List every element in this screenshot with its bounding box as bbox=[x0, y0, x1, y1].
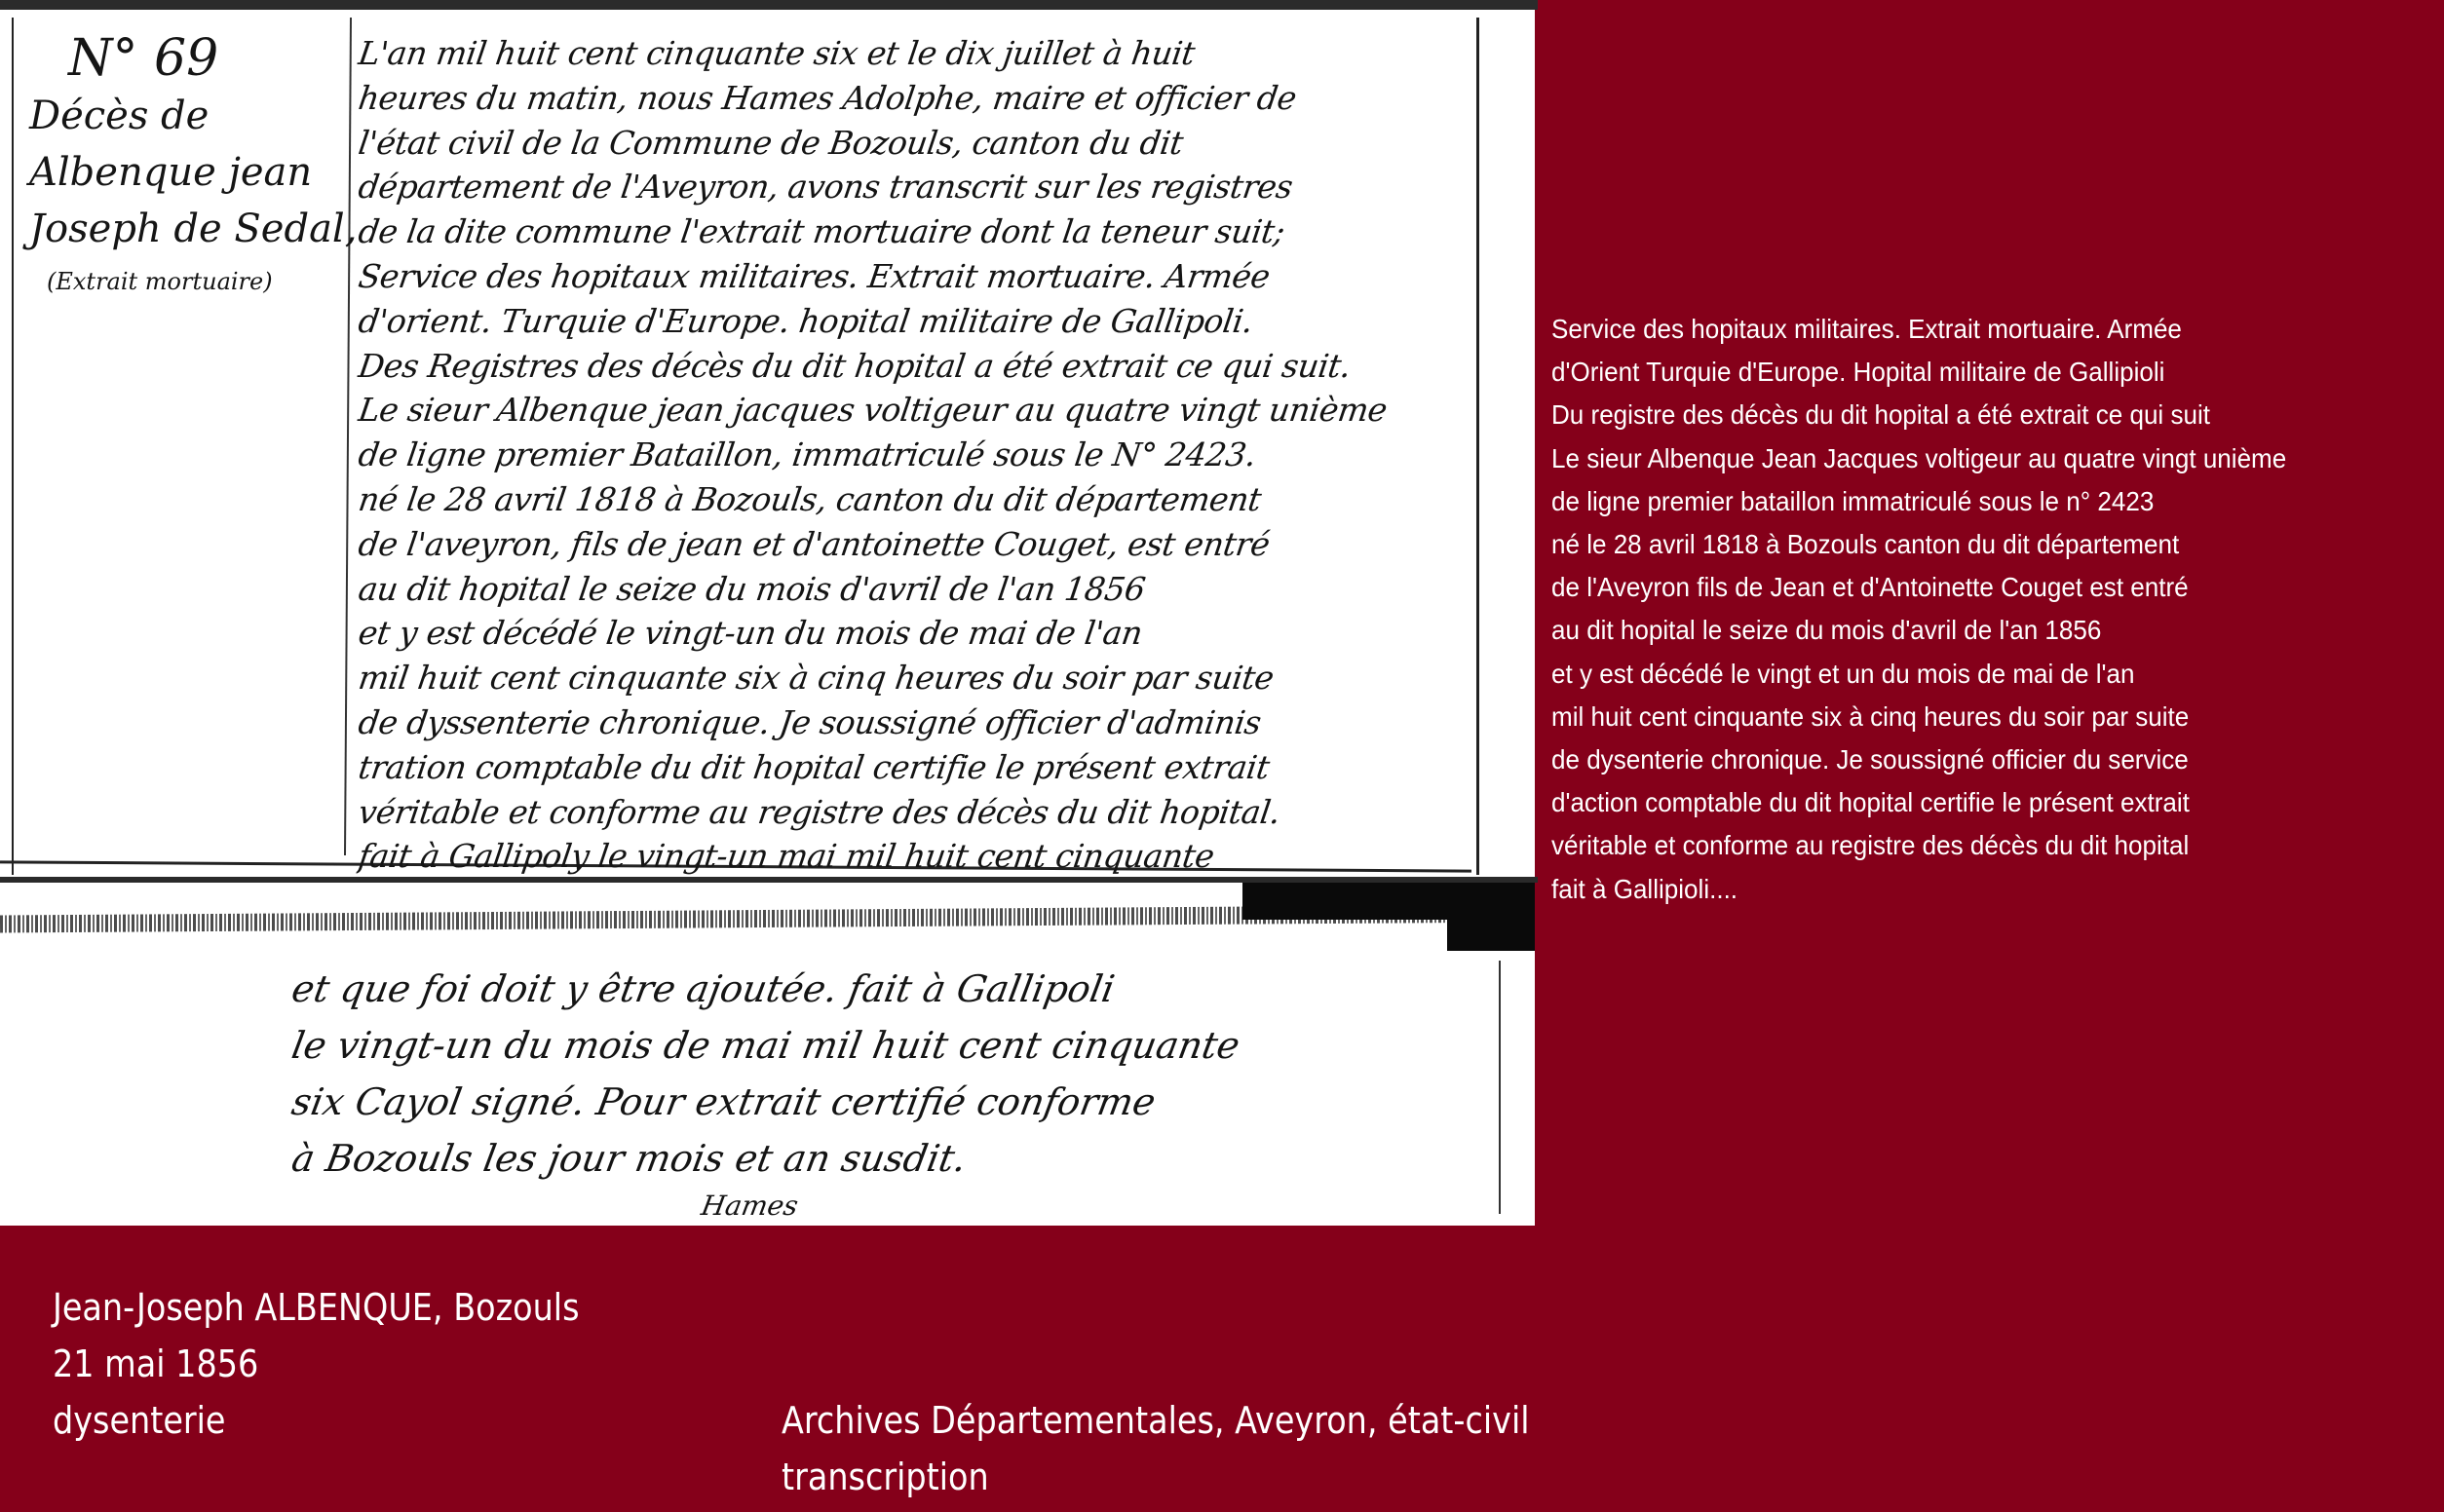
transcription-line: Le sieur Albenque Jean Jacques voltigeur… bbox=[1551, 437, 2367, 480]
handwritten-line: et y est décédé le vingt-un du mois de m… bbox=[356, 611, 1472, 656]
handwritten-line: Le sieur Albenque jean jacques voltigeur… bbox=[356, 388, 1472, 433]
handwritten-line: mil huit cent cinquante six à cinq heure… bbox=[356, 656, 1472, 700]
source-line: Archives Départementales, Aveyron, état-… bbox=[782, 1392, 1530, 1449]
url-strip bbox=[0, 0, 1538, 10]
caption-source: Archives Départementales, Aveyron, état-… bbox=[782, 1392, 1530, 1505]
transcription-line: véritable et conforme au registre des dé… bbox=[1551, 824, 2367, 867]
margin-parenthetical: (Extrait mortuaire) bbox=[47, 257, 341, 306]
transcription-text: Service des hopitaux militaires. Extrait… bbox=[1551, 308, 2367, 911]
handwritten-continuation: et que foi doit y être ajoutée. fait à G… bbox=[292, 961, 1462, 1226]
handwritten-line: de ligne premier Bataillon, immatriculé … bbox=[356, 433, 1472, 477]
transcription-line: de ligne premier bataillon immatriculé s… bbox=[1551, 480, 2367, 523]
transcription-line: fait à Gallipioli.... bbox=[1551, 868, 2367, 911]
handwritten-line: Des Registres des décès du dit hopital a… bbox=[356, 344, 1472, 389]
person-name-place: Jean-Joseph ALBENQUE, Bozouls bbox=[53, 1279, 580, 1336]
scan-image-top: N° 69 Décès de Albenque jean Joseph de S… bbox=[0, 10, 1535, 877]
handwritten-line: à Bozouls les jour mois et an susdit. bbox=[287, 1130, 1467, 1187]
handwritten-line: et que foi doit y être ajoutée. fait à G… bbox=[287, 961, 1467, 1017]
transcription-line: Du registre des décès du dit hopital a é… bbox=[1551, 394, 2367, 436]
signature: Hames bbox=[698, 1187, 1465, 1226]
scan-artifact bbox=[1447, 883, 1535, 951]
handwritten-line: tration comptable du dit hopital certifi… bbox=[356, 745, 1472, 790]
margin-line: Joseph de Sedal, bbox=[29, 201, 341, 257]
transcription-line: au dit hopital le seize du mois d'avril … bbox=[1551, 609, 2367, 652]
handwritten-line: le vingt-un du mois de mai mil huit cent… bbox=[287, 1017, 1467, 1074]
source-note: transcription bbox=[782, 1449, 1530, 1505]
margin-line: Décès de bbox=[29, 88, 341, 144]
act-number: N° 69 bbox=[68, 29, 341, 88]
scan-image-bottom: et que foi doit y être ajoutée. fait à G… bbox=[0, 883, 1535, 1226]
margin-rule bbox=[12, 18, 14, 875]
margin-line: Albenque jean bbox=[29, 144, 341, 201]
handwritten-line: six Cayol signé. Pour extrait certifié c… bbox=[287, 1074, 1467, 1130]
margin-note: N° 69 Décès de Albenque jean Joseph de S… bbox=[29, 29, 341, 306]
handwritten-line: fait à Gallipoly le vingt-un mai mil hui… bbox=[356, 834, 1472, 877]
transcription-line: Service des hopitaux militaires. Extrait… bbox=[1551, 308, 2367, 351]
column-rule bbox=[344, 18, 352, 855]
handwritten-line: L'an mil huit cent cinquante six et le d… bbox=[356, 31, 1472, 76]
handwritten-line: heures du matin, nous Hames Adolphe, mai… bbox=[356, 76, 1472, 121]
handwritten-body: L'an mil huit cent cinquante six et le d… bbox=[359, 31, 1470, 877]
transcription-line: mil huit cent cinquante six à cinq heure… bbox=[1551, 696, 2367, 738]
handwritten-line: département de l'Aveyron, avons transcri… bbox=[356, 165, 1472, 209]
handwritten-line: de la dite commune l'extrait mortuaire d… bbox=[356, 209, 1472, 254]
handwritten-line: né le 28 avril 1818 à Bozouls, canton du… bbox=[356, 477, 1472, 522]
handwritten-line: véritable et conforme au registre des dé… bbox=[356, 790, 1472, 835]
death-date: 21 mai 1856 bbox=[53, 1336, 580, 1392]
handwritten-line: l'état civil de la Commune de Bozouls, c… bbox=[356, 121, 1472, 166]
right-rule bbox=[1476, 18, 1479, 875]
transcription-line: de l'Aveyron fils de Jean et d'Antoinett… bbox=[1551, 566, 2367, 609]
caption-person: Jean-Joseph ALBENQUE, Bozouls 21 mai 185… bbox=[53, 1279, 580, 1449]
handwritten-line: de dyssenterie chronique. Je soussigné o… bbox=[356, 700, 1472, 745]
handwritten-line: d'orient. Turquie d'Europe. hopital mili… bbox=[356, 299, 1472, 344]
transcription-line: d'action comptable du dit hopital certif… bbox=[1551, 781, 2367, 824]
transcription-line: de dysenterie chronique. Je soussigné of… bbox=[1551, 738, 2367, 781]
handwritten-line: au dit hopital le seize du mois d'avril … bbox=[356, 567, 1472, 612]
cause-of-death: dysenterie bbox=[53, 1392, 580, 1449]
transcription-line: et y est décédé le vingt et un du mois d… bbox=[1551, 653, 2367, 696]
handwritten-line: de l'aveyron, fils de jean et d'antoinet… bbox=[356, 522, 1472, 567]
transcription-line: né le 28 avril 1818 à Bozouls canton du … bbox=[1551, 523, 2367, 566]
transcription-line: d'Orient Turquie d'Europe. Hopital milit… bbox=[1551, 351, 2367, 394]
right-rule bbox=[1499, 961, 1501, 1214]
handwritten-line: Service des hopitaux militaires. Extrait… bbox=[356, 254, 1472, 299]
